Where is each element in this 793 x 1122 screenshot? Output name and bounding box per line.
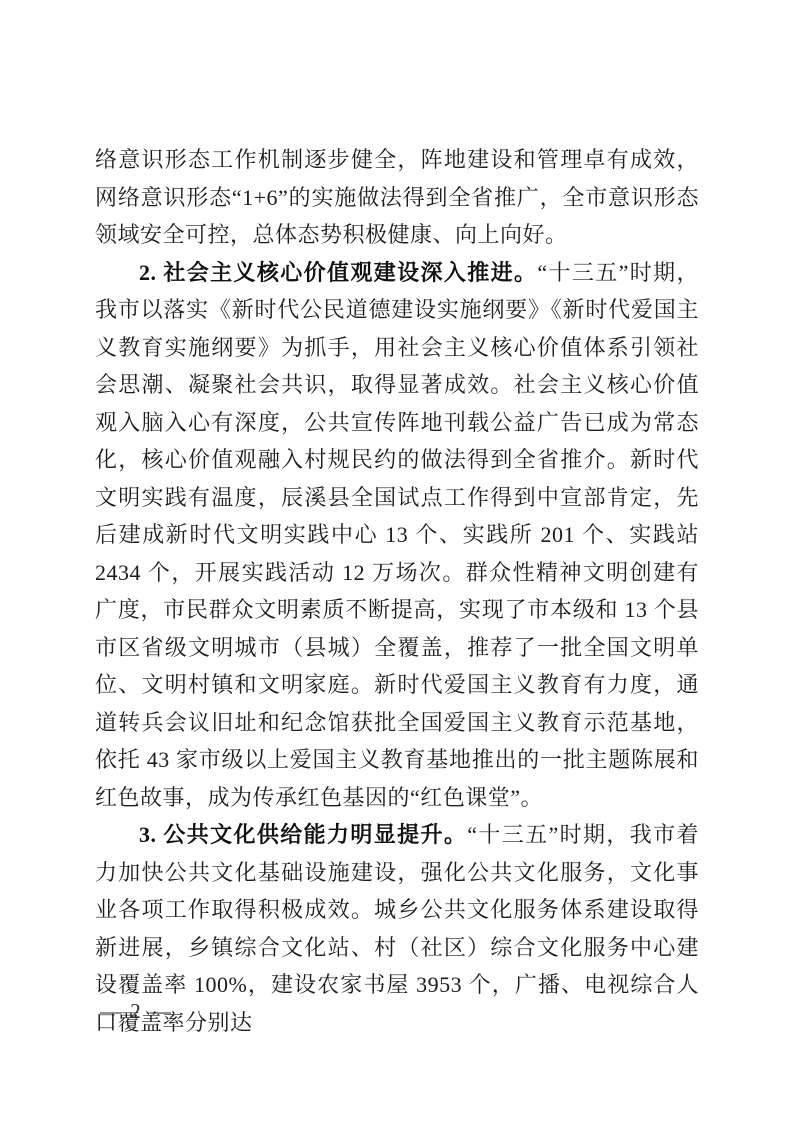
- document-page: 络意识形态工作机制逐步健全，阵地建设和管理卓有成效，网络意识形态“1+6”的实施…: [0, 0, 793, 1122]
- paragraph-section-3: 3. 公共文化供给能力明显提升。“十三五”时期，我市着力加快公共文化基础设施建设…: [95, 816, 699, 1041]
- paragraph-text: “十三五”时期，我市以落实《新时代公民道德建设实施纲要》《新时代爱国主义教育实施…: [95, 260, 699, 810]
- paragraph-section-2: 2. 社会主义核心价值观建设深入推进。“十三五”时期，我市以落实《新时代公民道德…: [95, 254, 699, 817]
- page-number: — 2 —: [100, 998, 173, 1024]
- section-2-heading: 2. 社会主义核心价值观建设深入推进。: [139, 260, 537, 285]
- document-body: 络意识形态工作机制逐步健全，阵地建设和管理卓有成效，网络意识形态“1+6”的实施…: [95, 141, 699, 1041]
- paragraph-text: “十三五”时期，我市着力加快公共文化基础设施建设，强化公共文化服务，文化事业各项…: [95, 822, 699, 1035]
- paragraph-text: 络意识形态工作机制逐步健全，阵地建设和管理卓有成效，网络意识形态“1+6”的实施…: [95, 147, 699, 247]
- paragraph-continuation: 络意识形态工作机制逐步健全，阵地建设和管理卓有成效，网络意识形态“1+6”的实施…: [95, 141, 699, 254]
- section-3-heading: 3. 公共文化供给能力明显提升。: [139, 822, 467, 847]
